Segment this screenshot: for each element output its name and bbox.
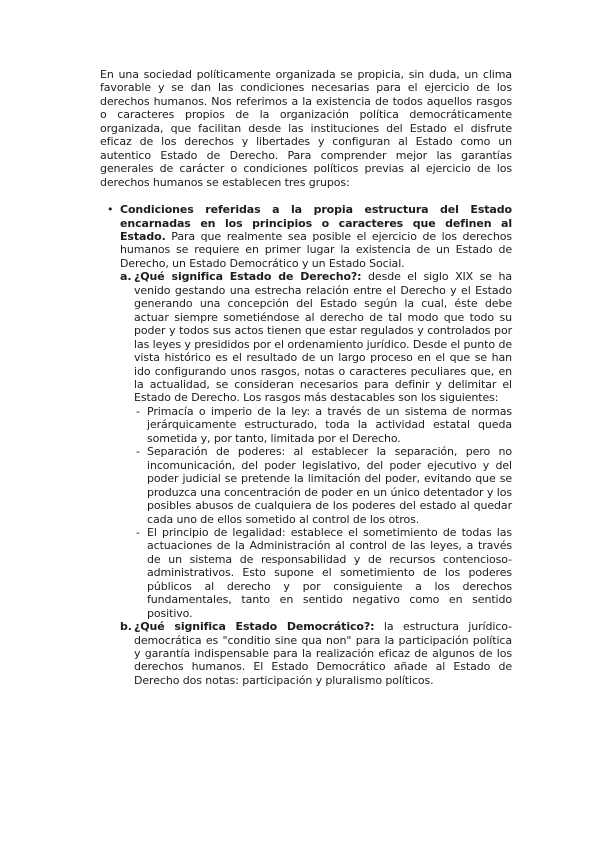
item-b-body: ¿Qué significa Estado Democrático?: la e…: [134, 620, 512, 687]
item-a-paragraph: ¿Qué significa Estado de Derecho?: desde…: [134, 270, 512, 405]
bullet-regular-text: Para que realmente sea posible el ejerci…: [120, 230, 512, 270]
dash-item-separacion: - Separación de poderes: al establecer l…: [134, 445, 512, 526]
dash-item-text: El principio de legalidad: establece el …: [147, 526, 512, 620]
dash-item-text: Separación de poderes: al establecer la …: [147, 445, 512, 526]
bullet-body: Condiciones referidas a la propia estruc…: [120, 203, 512, 687]
dash-item-primacia: - Primacía o imperio de la ley: a través…: [134, 405, 512, 445]
document-content: En una sociedad políticamente organizada…: [100, 68, 512, 687]
item-a: a. ¿Qué significa Estado de Derecho?: de…: [120, 270, 512, 620]
item-a-body: ¿Qué significa Estado de Derecho?: desde…: [134, 270, 512, 620]
dash-item-text: Primacía o imperio de la ley: a través d…: [147, 405, 512, 445]
dash-marker: -: [136, 405, 147, 445]
item-a-regular-text: desde el siglo XIX se ha venido gestando…: [134, 270, 512, 404]
item-b-marker: b.: [120, 620, 134, 687]
dash-item-legalidad: - El principio de legalidad: establece e…: [134, 526, 512, 620]
item-b-paragraph: ¿Qué significa Estado Democrático?: la e…: [134, 620, 512, 687]
bullet-paragraph: Condiciones referidas a la propia estruc…: [120, 203, 512, 270]
item-a-marker: a.: [120, 270, 134, 620]
dash-marker: -: [136, 445, 147, 526]
intro-paragraph: En una sociedad políticamente organizada…: [100, 68, 512, 189]
dash-marker: -: [136, 526, 147, 620]
item-b-bold-lead: ¿Qué significa Estado Democrático?:: [134, 620, 374, 633]
item-a-bold-lead: ¿Qué significa Estado de Derecho?:: [134, 270, 361, 283]
bullet-marker: •: [107, 203, 120, 687]
document-page: En una sociedad políticamente organizada…: [0, 0, 599, 848]
bullet-item-condiciones: • Condiciones referidas a la propia estr…: [100, 203, 512, 687]
item-b: b. ¿Qué significa Estado Democrático?: l…: [120, 620, 512, 687]
